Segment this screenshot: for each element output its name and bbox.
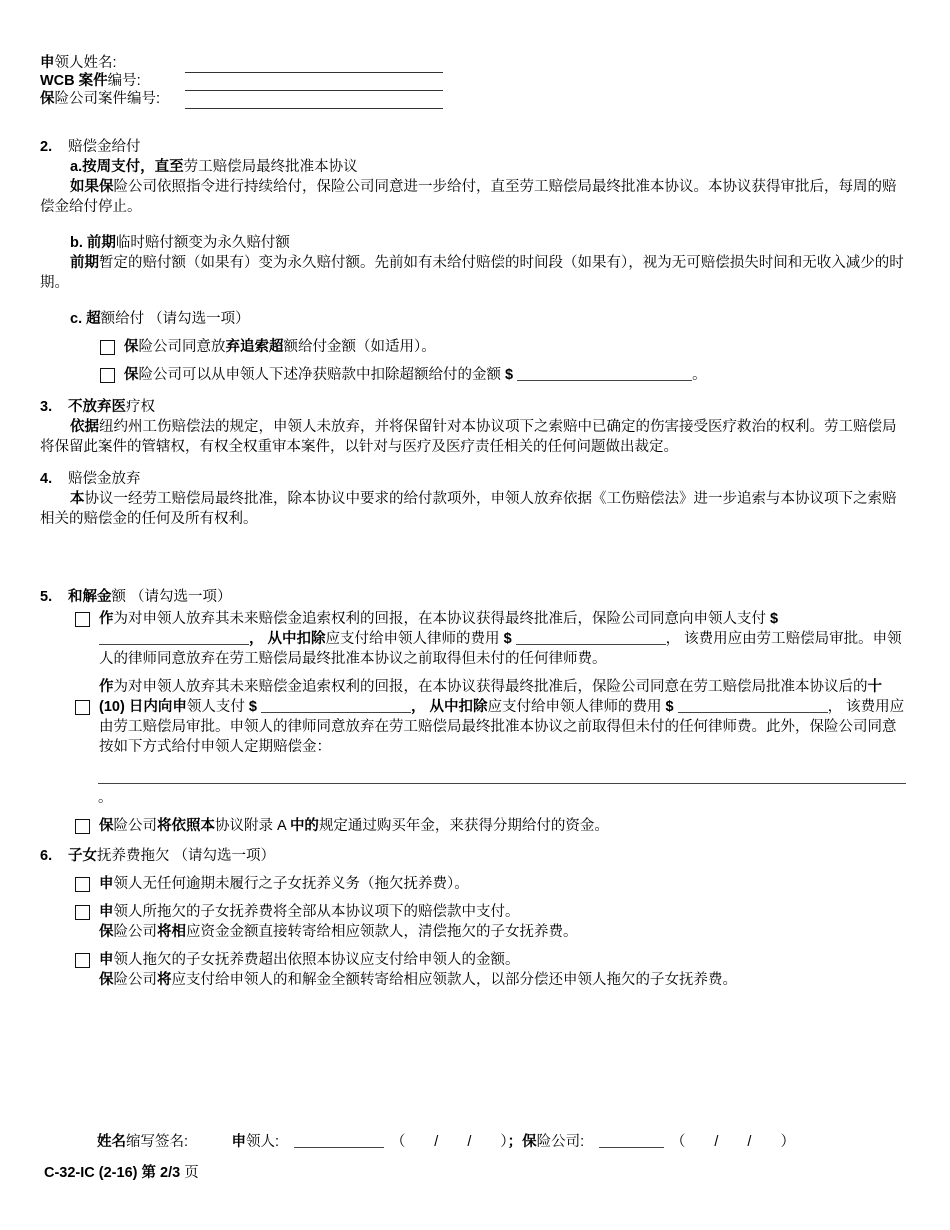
checkbox-no-child-support-arrears[interactable] [75, 877, 90, 892]
section-2-number: 2. [40, 137, 68, 157]
section-5-option-lump-sum: 作为对申领人放弃其未来赔偿金追索权利的回报，在本协议获得最终批准后，保险公司同意… [75, 609, 908, 669]
checkbox-deduct-overpayment[interactable] [100, 368, 115, 383]
periodic-payment-write-in-line[interactable] [98, 767, 906, 784]
fill-in-blank[interactable] [261, 698, 411, 713]
section-3-title: 不放弃医疗权 [68, 397, 155, 417]
section-6-option-no-arrears: 申领人无任何逾期未履行之子女抚养义务（拖欠抚养费）。 [75, 874, 908, 894]
option-label: 保险公司可以从申领人下述净获赔款中扣除超额给付的金额 $ 。 [124, 365, 908, 385]
option-label: 申领人拖欠的子女抚养费超出依照本协议应支付给申领人的金额。保险公司将应支付给申领… [99, 950, 908, 990]
option-label: 申领人无任何逾期未履行之子女抚养义务（拖欠抚养费）。 [99, 874, 908, 894]
claimant-name-input-line[interactable] [185, 59, 443, 73]
section-4-title: 赔偿金放弃 [68, 469, 141, 489]
fill-in-blank[interactable] [516, 630, 666, 645]
section-6-option-arrears-exceed-settlement: 申领人拖欠的子女抚养费超出依照本协议应支付给申领人的金额。保险公司将应支付给申领… [75, 950, 908, 990]
section-2a-paragraph: 如果保险公司依照指令进行持续给付，保险公司同意进一步给付，直至劳工赔偿局最终批准… [40, 177, 908, 217]
section-5-option-ten-day-payment: 作为对申领人放弃其未来赔偿金追索权利的回报，在本协议获得最终批准后，保险公司同意… [75, 677, 908, 757]
section-6-heading: 6. 子女抚养费拖欠 （请勾选一项） [40, 846, 908, 866]
claimant-name-label: 申领人姓名: [40, 53, 185, 73]
section-5-title: 和解金额 （请勾选一项） [68, 587, 232, 607]
section-2-title: 赔偿金给付 [68, 137, 141, 157]
section-6-title: 子女抚养费拖欠 （请勾选一项） [68, 846, 275, 866]
case-header-fields: 申领人姓名: WCB 案件编号: 保险公司案件编号: [40, 55, 908, 109]
periodic-payment-period-mark: 。 [98, 788, 908, 808]
section-2a-heading: a.按周支付，直至劳工赔偿局最终批准本协议 [70, 157, 908, 177]
option-label: 作为对申领人放弃其未来赔偿金追索权利的回报，在本协议获得最终批准后，保险公司同意… [99, 677, 908, 757]
option-label: 保险公司同意放弃追索超额给付金额（如适用）。 [124, 337, 908, 357]
fill-in-blank[interactable] [294, 1133, 384, 1148]
section-2b-paragraph: 前期暂定的赔付额（如果有）变为永久赔付额。先前如有未给付赔偿的时间段（如果有），… [40, 253, 908, 293]
option-label: 作为对申领人放弃其未来赔偿金追索权利的回报，在本协议获得最终批准后，保险公司同意… [99, 609, 908, 669]
carrier-case-number-label: 保险公司案件编号: [40, 89, 185, 109]
section-3-medical-not-waived: 3. 不放弃医疗权 依据纽约州工伤赔偿法的规定，申领人未放弃，并将保留针对本协议… [40, 397, 908, 457]
section-4-paragraph: 本协议一经劳工赔偿局最终批准，除本协议中要求的给付款项外，申领人放弃依据《工伤赔… [40, 489, 908, 529]
form-id-page-number: C-32-IC (2-16) 第 2/3 页 [44, 1163, 199, 1183]
checkbox-annuity-funding[interactable] [75, 819, 90, 834]
section-6-option-arrears-paid-from-settlement: 申领人所拖欠的子女抚养费将全部从本协议项下的赔偿款中支付。保险公司将相应资金金额… [75, 902, 908, 942]
section-6-child-support-arrears: 6. 子女抚养费拖欠 （请勾选一项） 申领人无任何逾期未履行之子女抚养义务（拖欠… [40, 846, 908, 990]
section-5-settlement-amount: 5. 和解金额 （请勾选一项） 作为对申领人放弃其未来赔偿金追索权利的回报，在本… [40, 587, 908, 836]
section-6-number: 6. [40, 846, 68, 866]
section-2c-option-waive-overpayment: 保险公司同意放弃追索超额给付金额（如适用）。 [100, 337, 908, 357]
checkbox-arrears-exceed-settlement[interactable] [75, 953, 90, 968]
wcb-case-number-label: WCB 案件编号: [40, 71, 185, 91]
section-4-number: 4. [40, 469, 68, 489]
section-2-heading: 2. 赔偿金给付 [40, 137, 908, 157]
section-2b-heading: b. 前期临时赔付额变为永久赔付额 [70, 233, 908, 253]
initials-signature-row: 姓名缩写签名: 申领人: （ / / ）；保险公司: （ / / ） [97, 1132, 795, 1152]
section-3-heading: 3. 不放弃医疗权 [40, 397, 908, 417]
carrier-case-number-input-line[interactable] [185, 95, 443, 109]
section-5-option-annuity: 保险公司将依照本协议附录 A 中的规定通过购买年金，来获得分期给付的资金。 [75, 816, 908, 836]
checkbox-ten-day-payment[interactable] [75, 700, 90, 715]
option-label: 申领人所拖欠的子女抚养费将全部从本协议项下的赔偿款中支付。保险公司将相应资金金额… [99, 902, 908, 942]
section-2-payment-of-compensation: 2. 赔偿金给付 a.按周支付，直至劳工赔偿局最终批准本协议 如果保险公司依照指… [40, 137, 908, 385]
fill-in-blank[interactable] [599, 1133, 664, 1148]
section-2c-heading: c. 超额给付 （请勾选一项） [70, 309, 908, 329]
fill-in-blank[interactable] [99, 630, 249, 645]
carrier-case-number-row: 保险公司案件编号: [40, 91, 908, 109]
checkbox-waive-overpayment[interactable] [100, 340, 115, 355]
section-5-number: 5. [40, 587, 68, 607]
checkbox-lump-sum-payment[interactable] [75, 612, 90, 627]
fill-in-blank[interactable] [517, 366, 692, 381]
section-3-paragraph: 依据纽约州工伤赔偿法的规定，申领人未放弃，并将保留针对本协议项下之索赔中已确定的… [40, 417, 908, 457]
document-page: 申领人姓名: WCB 案件编号: 保险公司案件编号: 2. 赔偿金给付 a.按周… [0, 0, 950, 1230]
wcb-case-number-input-line[interactable] [185, 77, 443, 91]
fill-in-blank[interactable] [678, 698, 828, 713]
section-3-number: 3. [40, 397, 68, 417]
section-2c-option-deduct-overpayment: 保险公司可以从申领人下述净获赔款中扣除超额给付的金额 $ 。 [100, 365, 908, 385]
section-4-heading: 4. 赔偿金放弃 [40, 469, 908, 489]
section-5-heading: 5. 和解金额 （请勾选一项） [40, 587, 908, 607]
section-4-waiver-of-compensation: 4. 赔偿金放弃 本协议一经劳工赔偿局最终批准，除本协议中要求的给付款项外，申领… [40, 469, 908, 529]
checkbox-arrears-paid-in-full[interactable] [75, 905, 90, 920]
option-label: 保险公司将依照本协议附录 A 中的规定通过购买年金，来获得分期给付的资金。 [99, 816, 908, 836]
